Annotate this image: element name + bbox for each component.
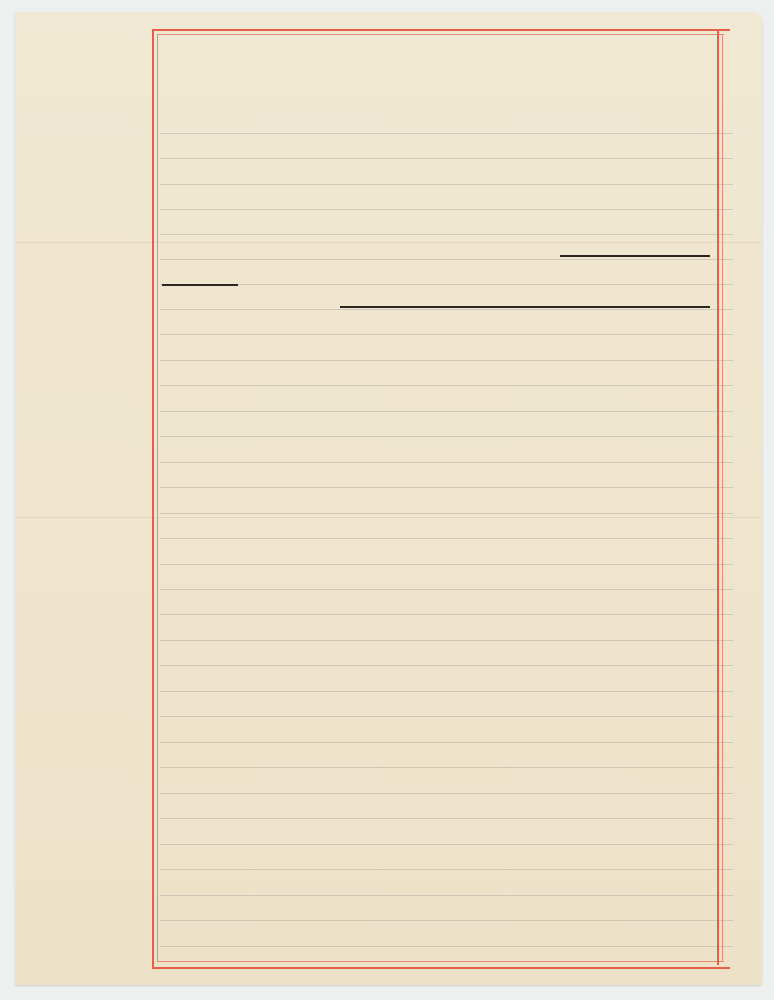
underline-replanter — [162, 284, 238, 286]
red-border-right — [717, 31, 719, 965]
filler-line — [340, 306, 710, 308]
filler-line — [560, 255, 710, 257]
red-border-right-inner — [722, 34, 723, 962]
red-border-frame-inner — [157, 34, 724, 962]
